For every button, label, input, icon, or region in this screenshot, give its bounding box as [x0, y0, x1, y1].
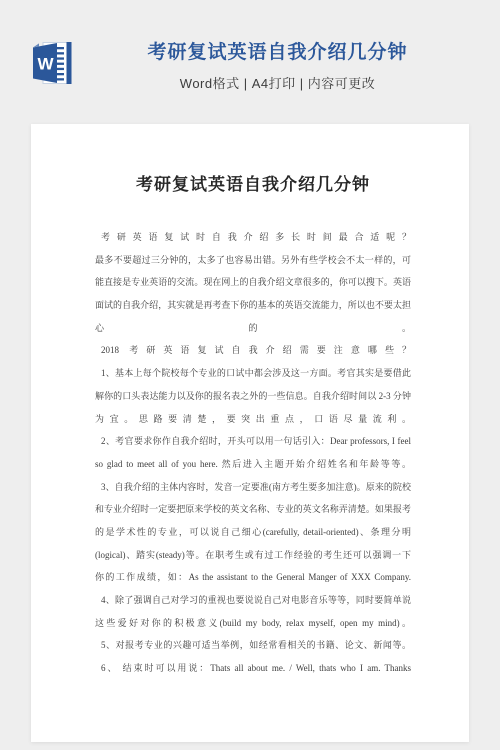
- doc-line: 的是学术性的专业，可以说自己细心(carefully, detail-orien…: [95, 521, 411, 544]
- doc-line: 最多不要超过三分钟的，太多了也容易出错。另外有些学校会不太一样的，可: [95, 249, 411, 272]
- svg-text:W: W: [37, 55, 54, 74]
- doc-line: 解你的口头表达能力以及你的报名表之外的一些信息。自我介绍时间以 2-3 分钟: [95, 385, 411, 408]
- doc-line: 考研英语复试时自我介绍多长时间最合适呢？: [95, 226, 411, 249]
- doc-line: so glad to meet all of you here. 然后进入主题开…: [95, 453, 411, 476]
- document-body: 考研英语复试时自我介绍多长时间最合适呢？最多不要超过三分钟的，太多了也容易出错。…: [95, 226, 411, 680]
- doc-line: 3、自我介绍的主体内容时，发音一定要准(南方考生要多加注意)。原来的院校: [95, 476, 411, 499]
- document-preview: 考研复试英语自我介绍几分钟 考研英语复试时自我介绍多长时间最合适呢？最多不要超过…: [31, 124, 469, 742]
- doc-line: 2、考官要求你作自我介绍时，开头可以用一句话引入：Dear professors…: [95, 430, 411, 453]
- doc-line: 6、 结束时可以用说：Thats all about me. / Well, t…: [95, 657, 411, 680]
- doc-line: 5、对报考专业的兴趣可适当举例，如经常看相关的书籍、论文、新闻等。: [95, 634, 411, 657]
- doc-line: 2018 考研英语复试自我介绍需要注意哪些？: [95, 339, 411, 362]
- doc-line: 和专业介绍时一定要把原来学校的英文名称、专业的英文名称弄清楚。如果报考: [95, 498, 411, 521]
- doc-line: 心的。: [95, 317, 411, 340]
- doc-line: 能直接是专业英语的交流。现在网上的自我介绍文章很多的，你可以搜下。英语: [95, 271, 411, 294]
- header: W 考研复试英语自我介绍几分钟 Word格式 | A4打印 | 内容可更改: [0, 0, 500, 124]
- doc-line: 1、基本上每个院校每个专业的口试中都会涉及这一方面。考官其实是要借此了: [95, 362, 411, 385]
- doc-line: 4、除了强调自己对学习的重视也要说说自己对电影音乐等等，同时要简单说明: [95, 589, 411, 612]
- document-page: 考研复试英语自我介绍几分钟 考研英语复试时自我介绍多长时间最合适呢？最多不要超过…: [31, 124, 469, 680]
- page-title: 考研复试英语自我介绍几分钟: [60, 42, 495, 64]
- document-title: 考研复试英语自我介绍几分钟: [95, 172, 411, 198]
- doc-line: 为宜。思路要清楚，要突出重点，口语尽量流利。: [95, 408, 411, 431]
- page: W 考研复试英语自我介绍几分钟 Word格式 | A4打印 | 内容可更改 考研…: [0, 0, 500, 750]
- doc-line: 面试的自我介绍，其实就是再考查下你的基本的英语交流能力，所以也不要太担: [95, 294, 411, 317]
- doc-line: 你的工作成绩，如：As the assistant to the General…: [95, 566, 411, 589]
- format-info: Word格式 | A4打印 | 内容可更改: [60, 73, 495, 92]
- doc-line: 这些爱好对你的积极意义(build my body, relax myself,…: [95, 612, 411, 635]
- doc-line: (logical)、踏实(steady)等。在职考生或有过工作经验的考生还可以强…: [95, 544, 411, 567]
- header-text: 考研复试英语自我介绍几分钟 Word格式 | A4打印 | 内容可更改: [60, 42, 495, 92]
